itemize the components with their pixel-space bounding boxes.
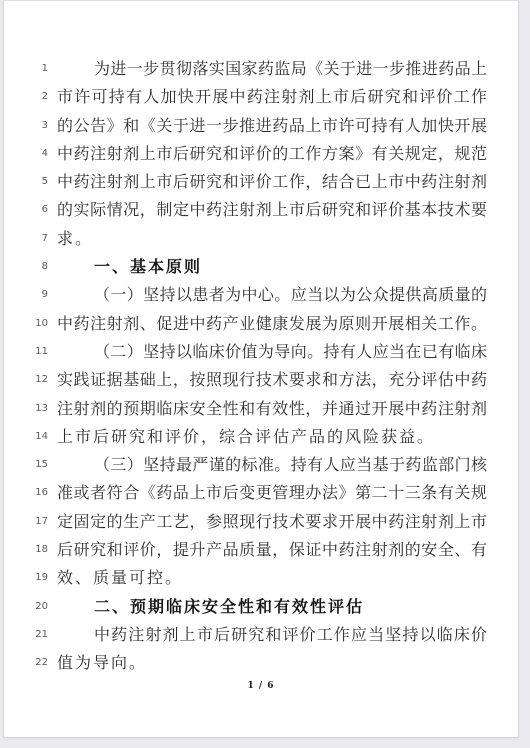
document-viewer: 1 为进一步贯彻落实国家药监局《关于进一步推进药品上 2 市许可持有人加快开展中… <box>0 0 530 748</box>
line-number: 15 <box>4 451 57 479</box>
document-line: 21 中药注射剂上市后研究和评价工作应当坚持以临床价 <box>4 621 518 649</box>
document-line: 13 注射剂的预期临床安全性和有效性，并通过开展中药注射剂 <box>4 395 518 423</box>
page-number: 1 / 6 <box>4 681 518 691</box>
line-text: 为进一步贯彻落实国家药监局《关于进一步推进药品上 <box>57 55 487 83</box>
line-number: 2 <box>4 83 57 111</box>
document-line: 22 值为导向。 <box>4 649 518 677</box>
line-text: 中药注射剂上市后研究和评价的工作方案》有关规定，规范 <box>57 140 487 168</box>
line-number: 14 <box>4 423 57 451</box>
line-text: 的公告》和《关于进一步推进药品上市许可持有人加快开展 <box>57 112 487 140</box>
line-text: 一、基本原则 <box>57 253 487 281</box>
line-text: 中药注射剂、促进中药产业健康发展为原则开展相关工作。 <box>57 310 487 338</box>
line-text: 中药注射剂上市后研究和评价工作，结合已上市中药注射剂 <box>57 168 487 196</box>
line-number: 8 <box>4 253 57 281</box>
document-line: 11 （二）坚持以临床价值为导向。持有人应当在已有临床 <box>4 338 518 366</box>
document-line: 3 的公告》和《关于进一步推进药品上市许可持有人加快开展 <box>4 112 518 140</box>
line-number: 7 <box>4 225 57 253</box>
line-number: 17 <box>4 508 57 536</box>
line-number: 18 <box>4 536 57 564</box>
line-number: 11 <box>4 338 57 366</box>
line-text: 市许可持有人加快开展中药注射剂上市后研究和评价工作 <box>57 83 487 111</box>
line-text: 效、质量可控。 <box>57 564 487 592</box>
document-line: 5 中药注射剂上市后研究和评价工作，结合已上市中药注射剂 <box>4 168 518 196</box>
line-text: 值为导向。 <box>57 649 487 677</box>
line-text: 后研究和评价，提升产品质量，保证中药注射剂的安全、有 <box>57 536 487 564</box>
line-number: 21 <box>4 621 57 649</box>
line-text: 定固定的生产工艺，参照现行技术要求开展中药注射剂上市 <box>57 508 487 536</box>
document-body: 1 为进一步贯彻落实国家药监局《关于进一步推进药品上 2 市许可持有人加快开展中… <box>4 55 518 678</box>
line-text: （三）坚持最严谨的标准。持有人应当基于药监部门核 <box>57 451 487 479</box>
document-line: 10 中药注射剂、促进中药产业健康发展为原则开展相关工作。 <box>4 310 518 338</box>
line-number: 12 <box>4 366 57 394</box>
line-text: 注射剂的预期临床安全性和有效性，并通过开展中药注射剂 <box>57 395 487 423</box>
document-line: 4 中药注射剂上市后研究和评价的工作方案》有关规定，规范 <box>4 140 518 168</box>
line-number: 6 <box>4 196 57 224</box>
line-text: 二、预期临床安全性和有效性评估 <box>57 593 487 621</box>
document-page: 1 为进一步贯彻落实国家药监局《关于进一步推进药品上 2 市许可持有人加快开展中… <box>3 0 519 738</box>
line-text: 准或者符合《药品上市后变更管理办法》第二十三条有关规 <box>57 479 487 507</box>
line-number: 9 <box>4 281 57 309</box>
line-text: 求。 <box>57 225 487 253</box>
document-line: 19 效、质量可控。 <box>4 564 518 592</box>
line-number: 22 <box>4 649 57 677</box>
line-number: 20 <box>4 593 57 621</box>
line-number: 1 <box>4 55 57 83</box>
line-text: 中药注射剂上市后研究和评价工作应当坚持以临床价 <box>57 621 487 649</box>
document-line: 1 为进一步贯彻落实国家药监局《关于进一步推进药品上 <box>4 55 518 83</box>
line-number: 5 <box>4 168 57 196</box>
document-line: 8 一、基本原则 <box>4 253 518 281</box>
document-line: 16 准或者符合《药品上市后变更管理办法》第二十三条有关规 <box>4 479 518 507</box>
line-number: 16 <box>4 479 57 507</box>
line-number: 10 <box>4 310 57 338</box>
document-line: 12 实践证据基础上，按照现行技术要求和方法，充分评估中药 <box>4 366 518 394</box>
line-number: 4 <box>4 140 57 168</box>
line-text: （二）坚持以临床价值为导向。持有人应当在已有临床 <box>57 338 487 366</box>
line-text: 实践证据基础上，按照现行技术要求和方法，充分评估中药 <box>57 366 487 394</box>
document-line: 6 的实际情况，制定中药注射剂上市后研究和评价基本技术要 <box>4 196 518 224</box>
line-text: 的实际情况，制定中药注射剂上市后研究和评价基本技术要 <box>57 196 487 224</box>
document-line: 17 定固定的生产工艺，参照现行技术要求开展中药注射剂上市 <box>4 508 518 536</box>
line-number: 3 <box>4 112 57 140</box>
line-text: 上市后研究和评价，综合评估产品的风险获益。 <box>57 423 487 451</box>
document-line: 20 二、预期临床安全性和有效性评估 <box>4 593 518 621</box>
document-line: 7 求。 <box>4 225 518 253</box>
document-line: 9 （一）坚持以患者为中心。应当以为公众提供高质量的 <box>4 281 518 309</box>
line-number: 13 <box>4 395 57 423</box>
document-line: 2 市许可持有人加快开展中药注射剂上市后研究和评价工作 <box>4 83 518 111</box>
document-line: 14 上市后研究和评价，综合评估产品的风险获益。 <box>4 423 518 451</box>
document-line: 18 后研究和评价，提升产品质量，保证中药注射剂的安全、有 <box>4 536 518 564</box>
line-text: （一）坚持以患者为中心。应当以为公众提供高质量的 <box>57 281 487 309</box>
document-line: 15 （三）坚持最严谨的标准。持有人应当基于药监部门核 <box>4 451 518 479</box>
line-number: 19 <box>4 564 57 592</box>
